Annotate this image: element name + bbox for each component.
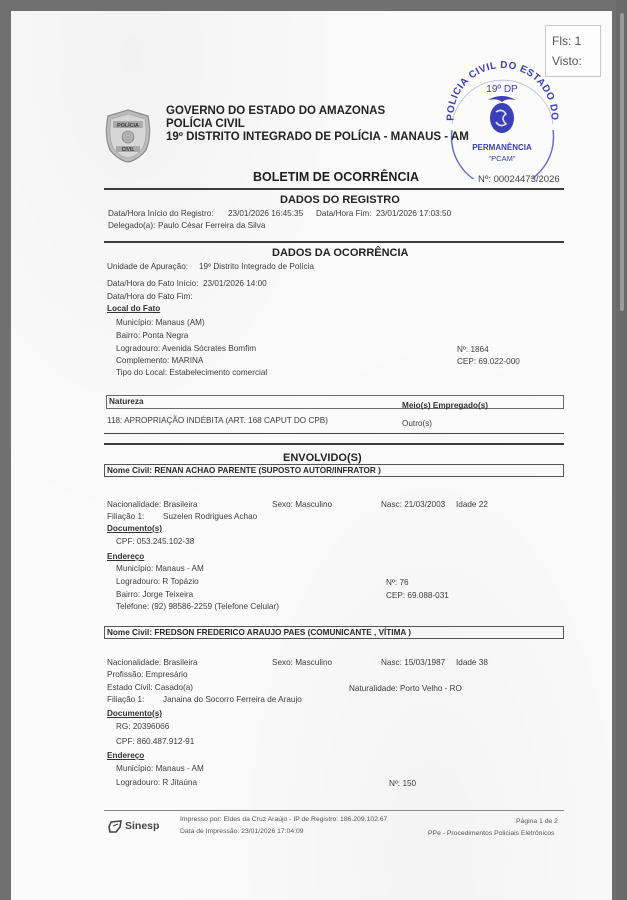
meios-value: Outro(s)	[402, 419, 432, 428]
registro-fim-value: 23/01/2026 17:03:50	[376, 209, 451, 218]
svg-text:POLÍCIA: POLÍCIA	[117, 121, 139, 129]
sinesp-logo-text: Sinesp	[125, 820, 159, 832]
person-2-filiacao-value: Janaina do Socorro Ferreira de Araujo	[163, 695, 302, 704]
meios-header: Meio(s) Empregado(s)	[402, 401, 488, 410]
document-title: BOLETIM DE OCORRÊNCIA	[253, 170, 419, 184]
section-title-ocorrencia: DADOS DA OCORRÊNCIA	[272, 247, 409, 259]
delegado-label: Delegado(a):	[108, 221, 155, 230]
section-title-registro: DADOS DO REGISTRO	[280, 194, 400, 206]
section-title-envolvidos: ENVOLVIDO(S)	[283, 452, 362, 464]
fls-label: Fls: 1	[552, 31, 600, 51]
person-2-rg: RG: 20396066	[116, 722, 169, 731]
person-2-logradouro: Logradouro: R Jitaúna	[116, 778, 197, 787]
person-1-bairro: Bairro: Jorge Teixeira	[116, 590, 193, 599]
person-1-municipio: Município: Manaus - AM	[116, 564, 204, 573]
person-1-filiacao-value: Suzelen Rodrigues Achao	[163, 512, 257, 521]
divider	[104, 188, 564, 190]
person-2-nasc: Nasc: 15/03/1987	[381, 658, 445, 667]
sinesp-logo-icon	[108, 820, 124, 834]
person-1-nacionalidade: Nacionalidade: Brasileira	[107, 500, 198, 509]
header-district: 19º DISTRITO INTEGRADO DE POLÍCIA - MANA…	[166, 131, 469, 143]
local-logradouro: Logradouro: Avenida Sócrates Bomfim	[116, 344, 256, 353]
unidade-label: Unidade de Apuração:	[107, 262, 188, 271]
fato-inicio-label: Data/Hora do Fato Início:	[107, 279, 198, 288]
document-viewer: Fls: 1 Visto: POLÍCIA CIVIL GOVERNO DO E…	[0, 0, 627, 900]
delegado-value: Paulo César Ferreira da Silva	[158, 221, 265, 230]
person-2-nacionalidade: Nacionalidade: Brasileira	[107, 658, 198, 667]
local-cep: CEP: 69.022-000	[457, 357, 520, 366]
person-2-endereco-title: Endereço	[107, 751, 144, 760]
local-tipo: Tipo do Local: Estabelecimento comercial	[116, 368, 267, 377]
divider	[104, 241, 564, 243]
person-2-filiacao-label: Filiação 1:	[107, 695, 144, 704]
person-1-telefone: Telefone: (92) 98586-2259 (Telefone Celu…	[116, 602, 279, 611]
footer-impresso-por: Impresso por: Eldes da Cruz Araújo - IP …	[180, 816, 387, 823]
registro-inicio-value: 23/01/2026 16:45:35	[228, 209, 303, 218]
registro-fim-label: Data/Hora Fim:	[316, 209, 372, 218]
registro-inicio-label: Data/Hora Início do Registro:	[108, 209, 214, 218]
person-1-name: Nome Civil: RENAN ACHAO PARENTE (SUPOSTO…	[107, 466, 381, 475]
person-1-documentos-title: Documento(s)	[107, 524, 162, 533]
header-police: POLÍCIA CIVIL	[166, 118, 245, 130]
document-number: Nº: 00024473/2026	[478, 174, 560, 185]
person-2-numero: Nº: 150	[389, 779, 416, 788]
unidade-value: 19º Distrito Integrado de Polícia	[199, 262, 314, 271]
natureza-header: Natureza	[109, 397, 144, 406]
footer-pagina: Página 1 de 2	[516, 818, 558, 825]
local-bairro: Bairro: Ponta Negra	[116, 331, 188, 340]
person-2-documentos-title: Documento(s)	[107, 709, 162, 718]
person-1-filiacao-label: Filiação 1:	[107, 512, 144, 521]
person-1-numero: Nº: 76	[386, 578, 409, 587]
person-2-naturalidade: Naturalidade: Porto Velho - RO	[349, 684, 462, 693]
person-1-cpf: CPF: 053.245.102-38	[116, 537, 194, 546]
person-2-estado-civil: Estado Civil: Casado(a)	[107, 683, 193, 692]
fato-inicio-value: 23/01/2026 14:00	[203, 279, 267, 288]
footer-sistema: PPe - Procedimentos Policiais Eletrônico…	[428, 830, 555, 837]
person-2-sexo: Sexo: Masculino	[272, 658, 332, 667]
footer-divider	[104, 810, 564, 811]
local-complemento: Complemento: MARINA	[116, 356, 203, 365]
person-1-cep: CEP: 69.088-031	[386, 591, 449, 600]
scrollbar-thumb[interactable]	[620, 13, 624, 311]
person-1-nasc: Nasc: 21/03/2003	[381, 500, 445, 509]
police-badge-icon: POLÍCIA CIVIL	[102, 108, 154, 164]
local-fato-title: Local do Fato	[107, 304, 160, 313]
person-1-sexo: Sexo: Masculino	[272, 500, 332, 509]
person-2-municipio: Município: Manaus - AM	[116, 764, 204, 773]
person-2-name: Nome Civil: FREDSON FREDERICO ARAUJO PAE…	[107, 628, 411, 637]
person-1-idade: Idade 22	[456, 500, 488, 509]
person-2-profissao: Profissão: Empresário	[107, 670, 188, 679]
person-1-endereco-title: Endereço	[107, 552, 144, 561]
svg-text:CIVIL: CIVIL	[122, 147, 135, 153]
person-2-idade: Idade 38	[456, 658, 488, 667]
header-government: GOVERNO DO ESTADO DO AMAZONAS	[166, 105, 385, 117]
local-municipio: Município: Manaus (AM)	[116, 318, 205, 327]
fato-fim-label: Data/Hora do Fato Fim:	[107, 292, 193, 301]
footer-data-impressao: Data de Impressão: 23/01/2026 17:04:09	[180, 828, 304, 835]
svg-text:"PCAM": "PCAM"	[489, 154, 516, 163]
natureza-header-row	[106, 395, 564, 409]
divider	[104, 443, 564, 445]
svg-text:19º DP: 19º DP	[486, 84, 518, 95]
police-stamp-icon: POLICIA CIVIL DO ESTADO DO AMAZONAS 19º …	[440, 54, 565, 179]
person-1-logradouro: Logradouro: R Topázio	[116, 577, 199, 586]
local-numero: Nº: 1864	[457, 345, 489, 354]
person-2-cpf: CPF: 860.487.912-91	[116, 737, 194, 746]
svg-text:PERMANÊNCIA: PERMANÊNCIA	[472, 143, 532, 152]
natureza-value: 118: APROPRIAÇÃO INDÉBITA (ART. 168 CAPU…	[107, 416, 328, 425]
divider	[104, 433, 564, 434]
